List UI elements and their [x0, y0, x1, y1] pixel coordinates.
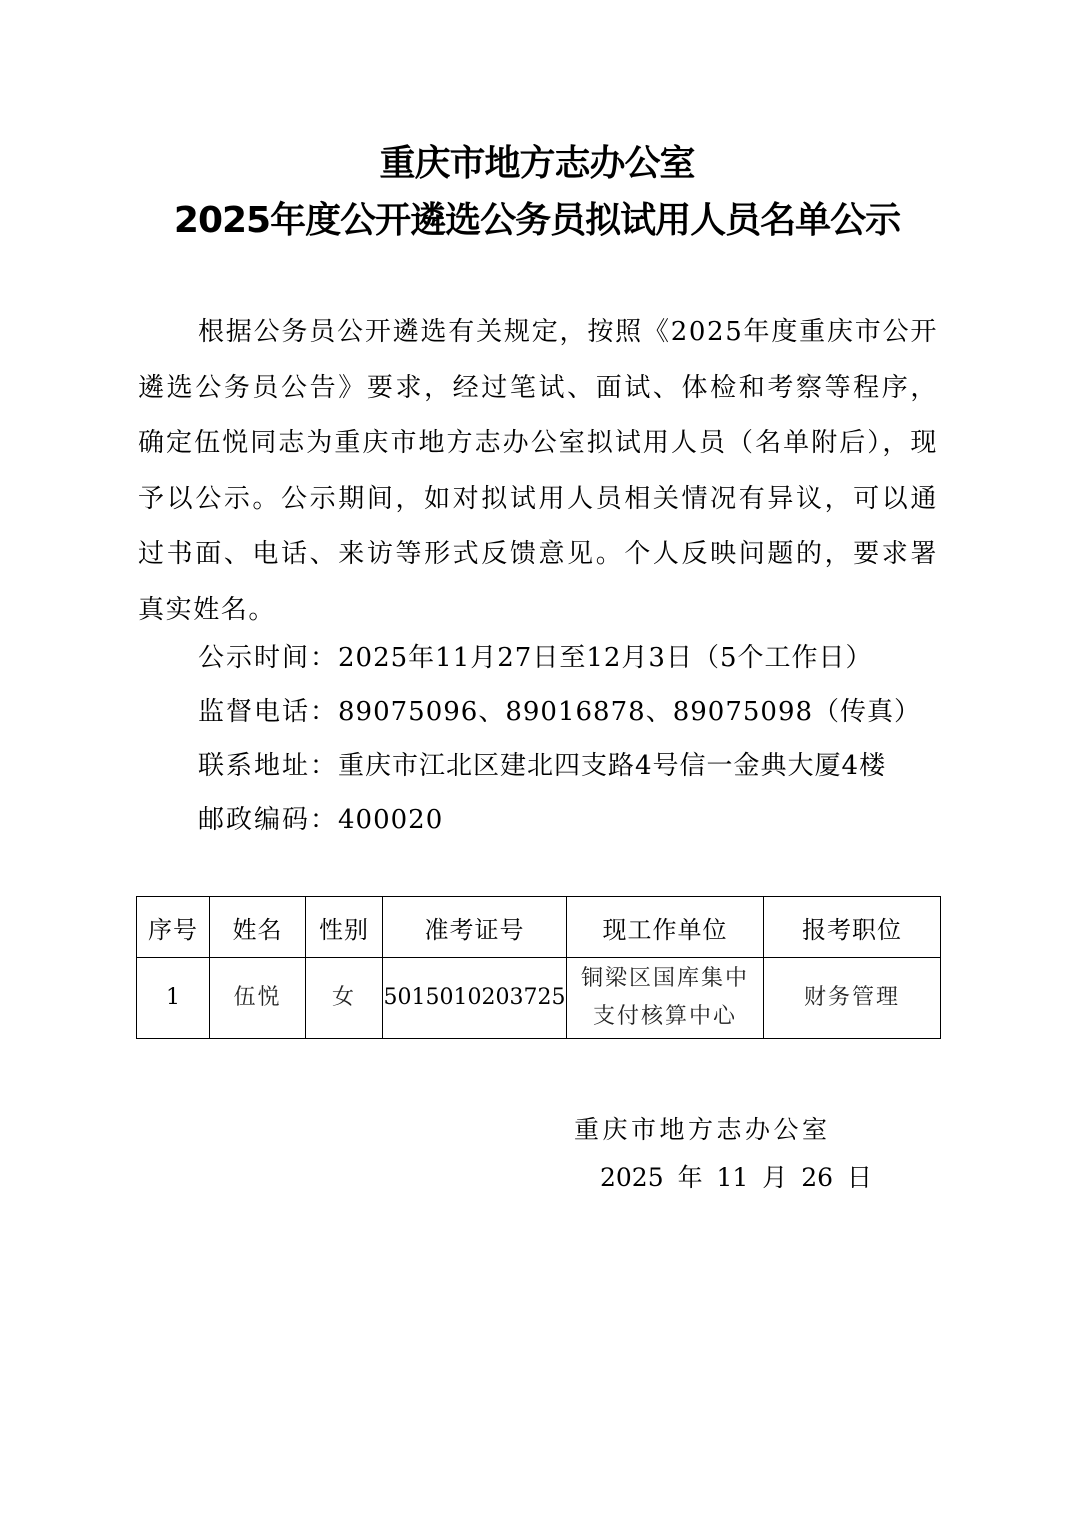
header-exam-id: 准考证号	[383, 897, 567, 958]
header-name: 姓名	[210, 897, 306, 958]
postcode-value: 400020	[338, 805, 443, 835]
info-supervision-phone: 监督电话：89075096、89016878、89075098（传真）	[198, 692, 921, 732]
cell-exam-id: 5015010203725	[383, 958, 567, 1039]
candidate-table: 序号 姓名 性别 准考证号 现工作单位 报考职位 1 伍悦 女 50150102…	[136, 896, 941, 1039]
cell-name: 伍悦	[210, 958, 306, 1039]
postcode-label: 邮政编码：	[198, 805, 338, 835]
contact-address-value: 重庆市江北区建北四支路4号信一金典大厦4楼	[338, 751, 886, 781]
signature-date: 2025 年 11 月 26 日	[600, 1158, 872, 1198]
workplace-line-2: 支付核算中心	[567, 998, 763, 1036]
cell-gender: 女	[306, 958, 383, 1039]
title-organization: 重庆市地方志办公室	[0, 138, 1074, 190]
contact-address-label: 联系地址：	[198, 751, 338, 781]
info-publicity-period: 公示时间：2025年11月27日至12月3日（5个工作日）	[198, 638, 873, 678]
table-header-row: 序号 姓名 性别 准考证号 现工作单位 报考职位	[137, 897, 941, 958]
body-paragraph: 根据公务员公开遴选有关规定，按照《2025年度重庆市公开遴选公务员公告》要求，经…	[138, 305, 938, 638]
supervision-phone-value: 89075096、89016878、89075098（传真）	[338, 697, 921, 727]
header-workplace: 现工作单位	[567, 897, 764, 958]
header-position: 报考职位	[764, 897, 941, 958]
header-index: 序号	[137, 897, 210, 958]
workplace-line-1: 铜梁区国库集中	[567, 960, 763, 998]
cell-workplace: 铜梁区国库集中 支付核算中心	[567, 958, 764, 1039]
publicity-period-label: 公示时间：	[198, 643, 338, 673]
cell-position: 财务管理	[764, 958, 941, 1039]
info-postcode: 邮政编码：400020	[198, 800, 443, 840]
table-row: 1 伍悦 女 5015010203725 铜梁区国库集中 支付核算中心 财务管理	[137, 958, 941, 1039]
info-contact-address: 联系地址：重庆市江北区建北四支路4号信一金典大厦4楼	[198, 746, 886, 786]
header-gender: 性别	[306, 897, 383, 958]
publicity-period-value: 2025年11月27日至12月3日（5个工作日）	[338, 643, 873, 673]
cell-index: 1	[137, 958, 210, 1039]
title-announcement: 2025年度公开遴选公务员拟试用人员名单公示	[0, 195, 1074, 247]
supervision-phone-label: 监督电话：	[198, 697, 338, 727]
signature-organization: 重庆市地方志办公室	[574, 1110, 831, 1150]
